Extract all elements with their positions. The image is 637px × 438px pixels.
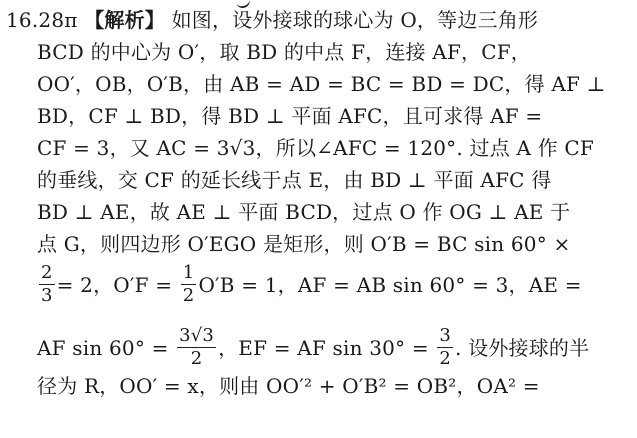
solution-line-10: AF sin 60° = 3√3 2 ，EF = AF sin 30° = 3 … bbox=[37, 325, 589, 381]
fraction-three-halves: 3 2 bbox=[437, 325, 453, 370]
solution-line-3: OO′，OB，O′B，由 AB = AD = BC = BD = DC，得 AF… bbox=[37, 72, 606, 96]
solution-line-1: 16.28π 【解析】 如图，设外接球的球心为 O，等边三角形 bbox=[6, 8, 538, 32]
solution-line-5: CF = 3，又 AC = 3√3，所以∠AFC = 120°. 过点 A 作 … bbox=[37, 136, 594, 160]
solution-line-2: BCD 的中心为 O′，取 BD 的中点 F，连接 AF，CF， bbox=[37, 40, 531, 64]
solution-line-6: 的垂线，交 CF 的延长线于点 E，由 BD ⊥ 平面 AFC 得 bbox=[37, 168, 551, 192]
fraction-3root3-over-2: 3√3 2 bbox=[177, 325, 216, 370]
solution-line-9: 2 3 = 2，O′F = 1 2 O′B = 1，AF = AB sin 60… bbox=[37, 262, 582, 318]
solution-document: 16.28π 【解析】 如图，设外接球的球心为 O，等边三角形 BCD 的中心为… bbox=[0, 0, 637, 438]
solution-line-11: 径为 R，OO′ = x，则由 OO′² + O′B² = OB²，OA² = bbox=[37, 374, 540, 398]
solution-line-8: 点 G，则四边形 O′EGO 是矩形，则 O′B = BC sin 60° × bbox=[37, 232, 570, 256]
answer: 28π bbox=[38, 8, 77, 32]
solution-line-7: BD ⊥ AE，故 AE ⊥ 平面 BCD，过点 O 作 OG ⊥ AE 于 bbox=[37, 200, 570, 224]
fraction-two-thirds: 2 3 bbox=[39, 262, 55, 307]
fraction-one-half: 1 2 bbox=[181, 262, 197, 307]
analysis-label: 【解析】 bbox=[84, 8, 165, 32]
solution-line-4: BD，CF ⊥ BD，得 BD ⊥ 平面 AFC，且可求得 AF = bbox=[37, 104, 542, 128]
line-text: 如图，设外接球的球心为 O，等边三角形 bbox=[172, 8, 539, 32]
problem-number: 16. bbox=[6, 8, 38, 32]
